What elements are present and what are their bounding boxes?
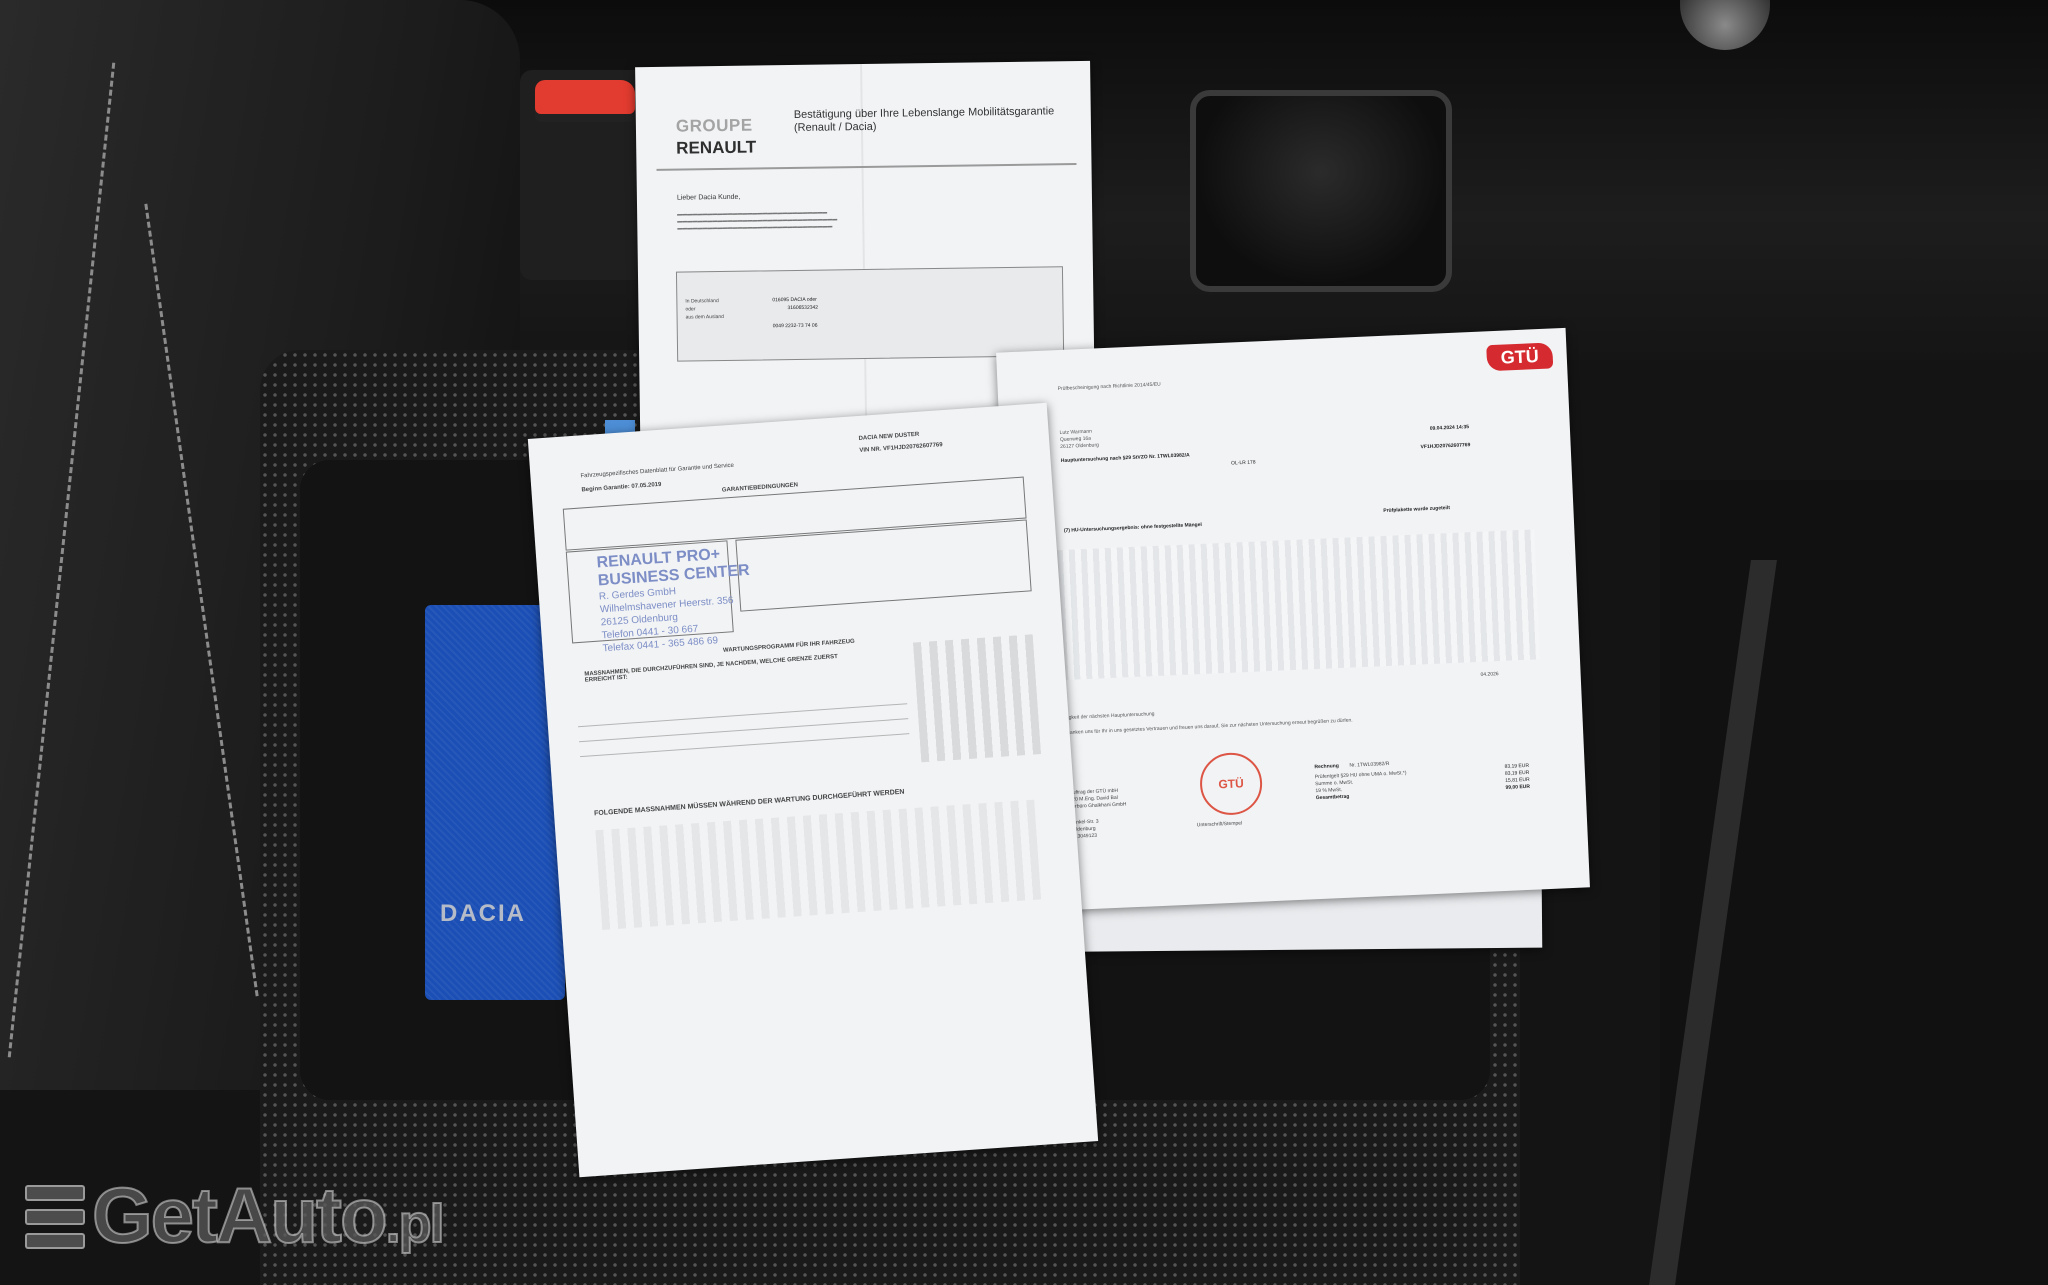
phone-label: In Deutschland xyxy=(685,298,718,305)
logo-line-1: GROUPE xyxy=(676,116,753,137)
invoice-total-value: 99,00 EUR xyxy=(1505,784,1530,792)
gtu-inspection-report: GTÜ Prüfbescheinigung nach Richtlinie 20… xyxy=(996,328,1590,912)
seat-stitching xyxy=(144,204,258,997)
table-row xyxy=(578,703,907,727)
gtu-logo: GTÜ xyxy=(1486,342,1553,371)
badge-status: Prüfplakette wurde zugeteilt xyxy=(1383,505,1450,515)
inspection-result: (7) HU-Untersuchungsergebnis: ohne festg… xyxy=(1064,522,1202,535)
next-inspection-date: 04.2026 xyxy=(1480,671,1498,679)
warranty-start: Beginn Garantie: 07.05.2019 xyxy=(581,482,661,494)
letter-title: Bestätigung über Ihre Lebenslange Mobili… xyxy=(794,105,1074,135)
print-pattern xyxy=(1045,529,1540,680)
report-heading: Prüfbescheinigung nach Richtlinie 2014/4… xyxy=(1058,382,1161,393)
phone-label: oder xyxy=(685,306,695,313)
maintenance-checklist xyxy=(595,800,1041,930)
inspection-number: Hauptuntersuchung nach §29 StVZO Nr. 1TW… xyxy=(1061,452,1190,465)
seat-stitching xyxy=(8,63,116,1058)
emergency-contact-box: In Deutschland 016095 DACIA oder oder 31… xyxy=(676,266,1064,361)
letter-greeting: Lieber Dacia Kunde, xyxy=(677,194,741,202)
groupe-renault-logo: GROUPE RENAULT xyxy=(676,116,747,167)
phone-value: 31606532342 xyxy=(787,305,818,312)
vehicle-model: DACIA NEW DUSTER xyxy=(858,432,919,442)
dacia-service-data-sheet: Fahrzeugspezifisches Datenblatt für Gara… xyxy=(528,403,1098,1177)
phone-label: aus dem Ausland xyxy=(686,314,724,322)
sheet-title: Fahrzeugspezifisches Datenblatt für Gara… xyxy=(580,463,734,480)
dealer-stamp: RENAULT PRO+ BUSINESS CENTER R. Gerdes G… xyxy=(596,544,755,655)
phone-value: 016095 DACIA oder xyxy=(772,297,817,305)
signature-label: Unterschrift/Stempel xyxy=(1197,820,1243,829)
invoice-number: Nr. 1TWL03982/R xyxy=(1349,761,1389,770)
vehicle-vin: VF1HJD20762607769 xyxy=(1420,442,1470,451)
watermark: GetAuto.pl xyxy=(92,1170,443,1261)
inspection-date: 09.04.2024 14:35 xyxy=(1430,424,1469,433)
vehicle-vin: VIN NR. VF1HJD20762607769 xyxy=(859,442,943,454)
invoice-title: Rechnung xyxy=(1314,763,1339,771)
service-interval-grid xyxy=(913,634,1041,762)
logo-line-2: RENAULT xyxy=(676,138,756,159)
gear-shifter-boot xyxy=(1190,90,1452,292)
watermark-tld: .pl xyxy=(386,1194,443,1254)
owner-city: 26127 Oldenburg xyxy=(1060,442,1099,451)
invoice-total-label: Gesamtbetrag xyxy=(1316,794,1350,802)
booklet-label: DACIA xyxy=(440,900,526,928)
seatbelt-buckle xyxy=(535,80,635,114)
phone-value: 0049 2232-73 74 06 xyxy=(773,323,818,331)
getauto-logo-icon xyxy=(25,1185,85,1255)
letter-body: ▬▬▬▬▬▬▬▬▬▬▬▬▬▬▬▬▬▬▬▬▬▬▬▬▬▬▬▬▬▬▬▬▬▬▬▬▬▬▬▬… xyxy=(677,206,1057,232)
watermark-brand: GetAuto xyxy=(92,1171,386,1259)
invoice-line-label: Prüfentgelt §29 HU ohne UMA o. MwSt.*) xyxy=(1315,770,1407,781)
license-plate: OL-LR 178 xyxy=(1231,459,1256,467)
measures-heading: MASSNAHMEN, DIE DURCHZUFÜHREN SIND, JE N… xyxy=(584,652,864,684)
gtu-stamp: GTÜ xyxy=(1199,752,1264,817)
warranty-heading: GARANTIEBEDINGUNGEN xyxy=(722,482,799,493)
